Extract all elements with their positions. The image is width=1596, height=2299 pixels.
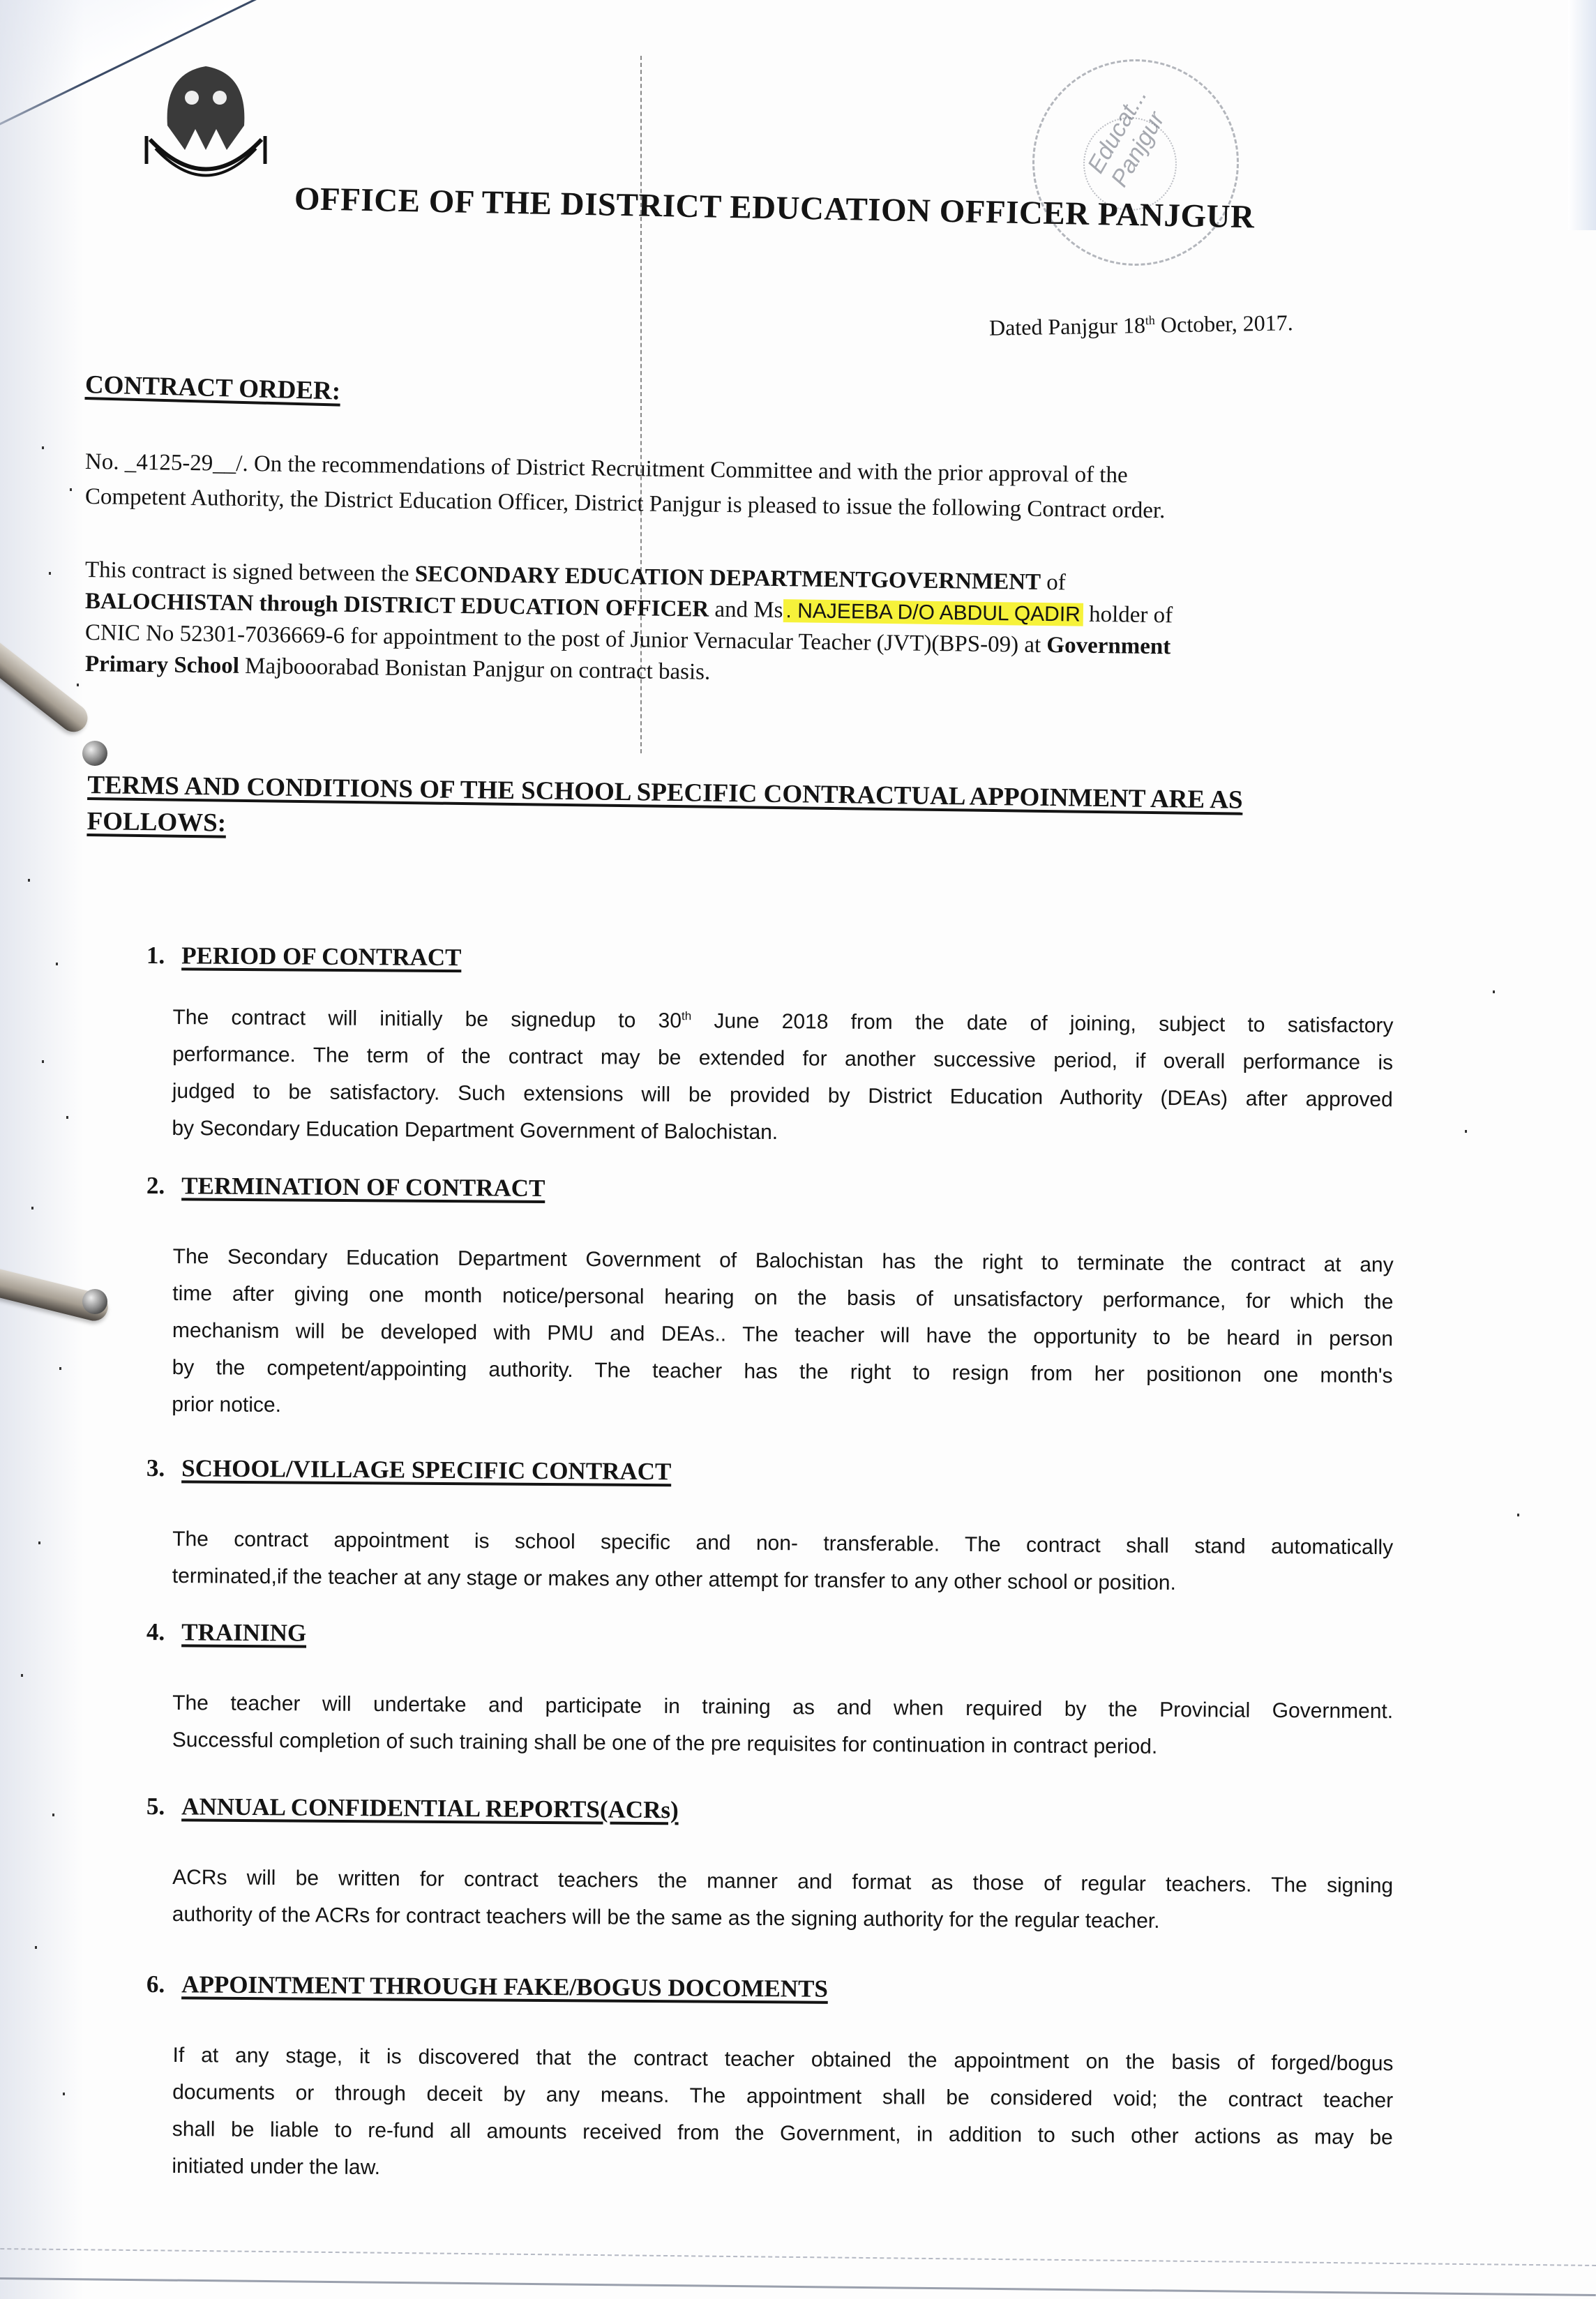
- contract-l2-bold1: BALOCHISTAN: [85, 589, 254, 616]
- section-number: 3.: [146, 1454, 165, 1482]
- contract-l1-end: of: [1041, 570, 1066, 595]
- scan-speck: [42, 1060, 44, 1063]
- scan-speck: [1465, 1130, 1467, 1133]
- section-heading: 3.SCHOOL/VILLAGE SPECIFIC CONTRACT: [146, 1454, 672, 1486]
- contract-l4-plain: Majbooorabad Bonistan Panjgur on contrac…: [239, 654, 711, 685]
- section-number: 5.: [146, 1793, 165, 1820]
- scan-speck: [56, 963, 58, 965]
- scan-speck: [21, 1674, 23, 1677]
- scan-speck: [59, 1367, 61, 1370]
- section-body: The contract appointment is school speci…: [172, 1521, 1394, 1603]
- terms-heading: TERMS AND CONDITIONS OF THE SCHOOL SPECI…: [86, 767, 1243, 855]
- scan-speck: [66, 1116, 68, 1119]
- paper-fold: [0, 0, 804, 161]
- scan-edge: [0, 2248, 1596, 2296]
- section-heading: 2.TERMINATION OF CONTRACT: [146, 1172, 545, 1203]
- section-body: If at any stage, it is discovered that t…: [172, 2037, 1393, 2193]
- section-title: TRAINING: [181, 1618, 306, 1646]
- contract-l2-end: holder of: [1083, 602, 1173, 628]
- section-heading: 1.PERIOD OF CONTRACT: [146, 942, 462, 972]
- binder-ring-top-end: [82, 741, 107, 766]
- government-emblem-icon: [136, 59, 276, 185]
- terms-heading-line-2: FOLLOWS:: [86, 804, 226, 842]
- section-title: APPOINTMENT THROUGH FAKE/BOGUS DOCOMENTS: [181, 1970, 828, 2002]
- section-heading: 5.ANNUAL CONFIDENTIAL REPORTS(ACRs): [146, 1793, 679, 1824]
- dated-prefix: Dated Panjgur 18: [989, 312, 1146, 340]
- scan-speck: [52, 1814, 54, 1816]
- dated-suffix: October, 2017.: [1155, 310, 1293, 337]
- section-number: 6.: [146, 1970, 165, 1998]
- contract-l4-bold: Primary School: [85, 651, 239, 679]
- contract-order-heading: CONTRACT ORDER:: [84, 370, 340, 407]
- scan-speck: [49, 572, 51, 575]
- page-shadow: [0, 0, 84, 2299]
- section-title: SCHOOL/VILLAGE SPECIFIC CONTRACT: [181, 1454, 671, 1485]
- section-number: 1.: [146, 942, 165, 969]
- section-title: TERMINATION OF CONTRACT: [181, 1172, 545, 1202]
- section-heading: 6.APPOINTMENT THROUGH FAKE/BOGUS DOCOMEN…: [146, 1970, 828, 2003]
- scan-speck: [42, 446, 44, 449]
- section-title: PERIOD OF CONTRACT: [181, 942, 461, 971]
- dated-superscript: th: [1145, 313, 1155, 327]
- scan-speck: [28, 879, 30, 882]
- scan-speck: [35, 1946, 37, 1949]
- terms-heading-line-1: TERMS AND CONDITIONS OF THE SCHOOL SPECI…: [87, 767, 1243, 819]
- section-heading: 4.TRAINING: [146, 1618, 306, 1648]
- dated-line: Dated Panjgur 18th October, 2017.: [989, 310, 1293, 341]
- scan-speck: [1517, 1514, 1519, 1516]
- scan-speck: [63, 2093, 65, 2095]
- section-number: 2.: [146, 1172, 165, 1199]
- scan-speck: [70, 488, 72, 491]
- section-body: The Secondary Education Department Gover…: [172, 1238, 1394, 1431]
- contract-l1-plain: This contract is signed between the: [85, 557, 415, 587]
- contract-l1-bold: SECONDARY EDUCATION DEPARTMENTGOVERNMENT: [415, 561, 1041, 595]
- section-body: The teacher will undertake and participa…: [172, 1684, 1394, 1767]
- contract-l3-bold: Government: [1046, 633, 1170, 659]
- section-number: 4.: [146, 1618, 165, 1645]
- contract-l2-bold2: DISTRICT EDUCATION OFFICER: [344, 592, 709, 622]
- contract-l2-and: and Ms: [709, 597, 783, 623]
- section-title: ANNUAL CONFIDENTIAL REPORTS(ACRs): [181, 1793, 679, 1823]
- section-body: ACRs will be written for contract teache…: [172, 1859, 1394, 1941]
- scan-speck: [38, 1542, 40, 1544]
- section-body: The contract will initially be signedup …: [172, 994, 1393, 1155]
- binder-ring-bottom-end: [82, 1289, 107, 1314]
- scan-speck: [1493, 990, 1495, 993]
- page-edge: [1568, 0, 1596, 230]
- scan-speck: [77, 684, 79, 686]
- contract-l2-mid: through: [253, 591, 344, 617]
- highlighted-name: . NAJEEBA D/O ABDUL QADIR: [783, 599, 1083, 626]
- scan-speck: [31, 1207, 33, 1209]
